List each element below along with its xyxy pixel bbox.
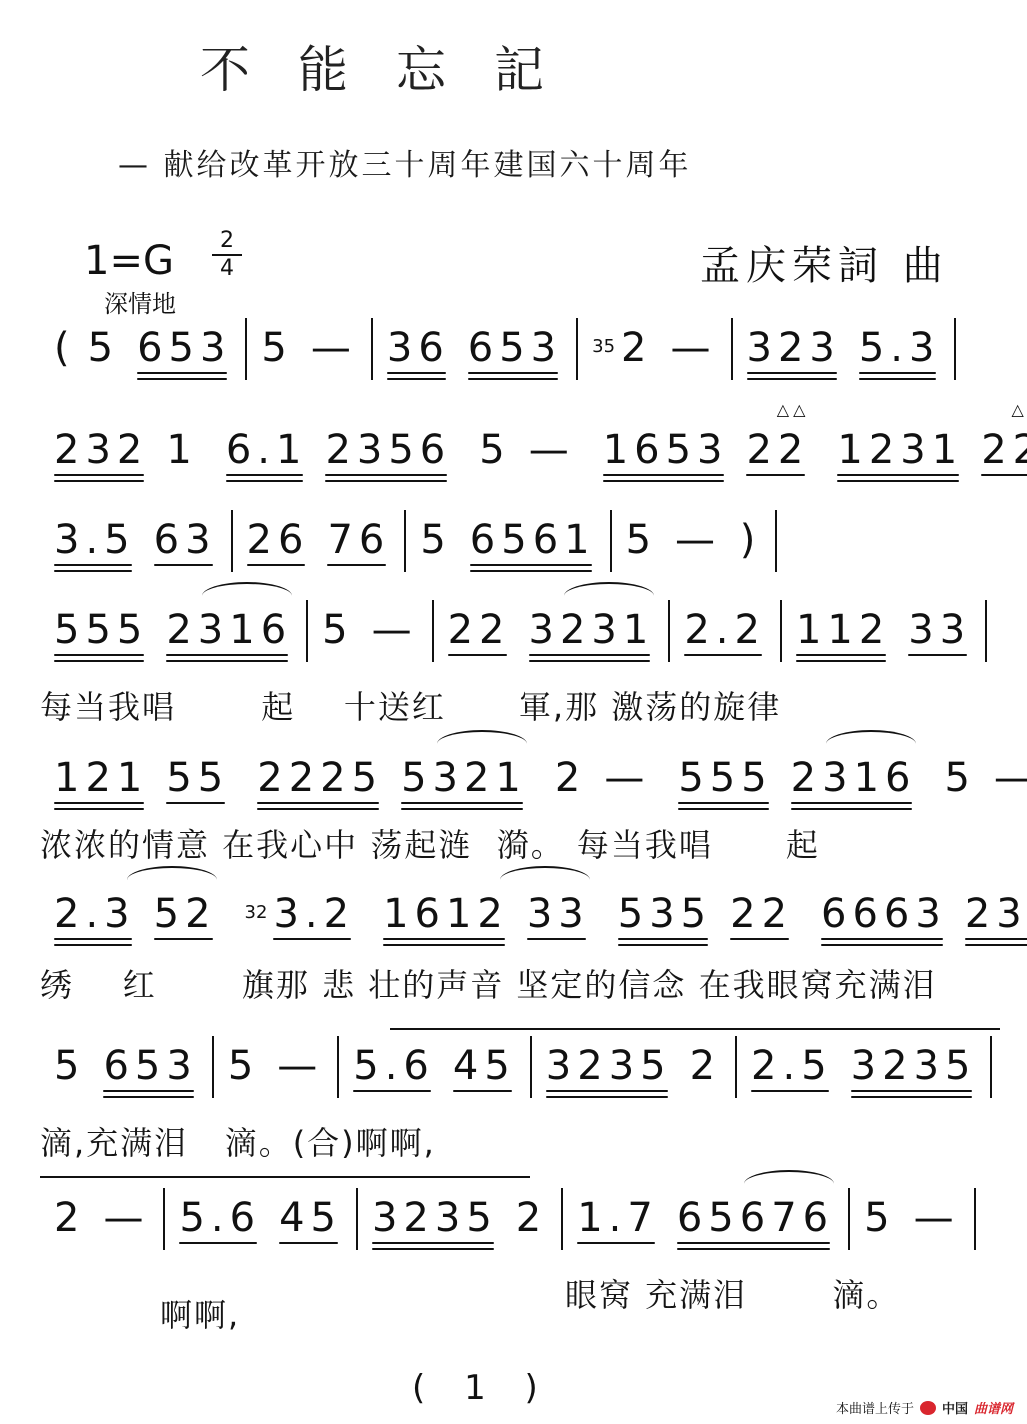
note-group: 6.1	[226, 428, 308, 482]
measure: 11233	[782, 608, 985, 662]
note-group: 5.6	[179, 1196, 261, 1250]
dedication-subtitle: — 献给改革开放三十周年建国六十周年	[118, 140, 692, 184]
lyrics-line: 啊啊,	[160, 1290, 240, 1336]
note-group: 2	[621, 326, 652, 380]
measure: 2.53235	[737, 1044, 990, 1098]
score-line: 12155222553212—55523165—	[40, 748, 1000, 810]
note-group: 2316	[791, 756, 917, 810]
note-group: 1231	[837, 428, 963, 482]
note-group: 63	[154, 518, 217, 572]
note-group: 2	[516, 1196, 547, 1250]
note-group: 5	[54, 1044, 85, 1098]
note-group: —	[103, 1196, 149, 1250]
slur-mark	[744, 1170, 834, 1198]
measure: 5—	[214, 1044, 337, 1098]
measure: 2—	[541, 756, 664, 810]
score-line: 2—5.645323521.7656765—	[40, 1188, 1000, 1250]
note-group: 236	[965, 892, 1027, 946]
measure: 53522	[604, 892, 807, 946]
note-group: 5	[420, 518, 451, 572]
note-group: 5	[626, 518, 657, 572]
song-title: 不能忘記	[200, 30, 592, 102]
lyrics-line: 浓浓的情意 在我心中 荡起涟 漪。 每当我唱 起	[40, 820, 820, 866]
note-group: 653	[468, 326, 562, 380]
note-group: 2.3	[54, 892, 136, 946]
measure: 165322△△	[589, 428, 824, 482]
note-group: 26	[247, 518, 310, 572]
measure: 6663236	[807, 892, 1027, 946]
note-group: 5.6	[353, 1044, 435, 1098]
slur-mark	[202, 582, 292, 610]
note-group: 6561	[470, 518, 596, 572]
note-group: 2356	[325, 428, 451, 482]
slur-mark	[437, 730, 527, 758]
lyrics-line: 每当我唱 起 十送红 軍,那 激荡的旋律	[40, 682, 781, 728]
measure: 3235.3	[733, 326, 955, 380]
note-group: 112	[796, 608, 890, 662]
note-group: 121	[54, 756, 148, 810]
note-group: 55	[166, 756, 229, 810]
note-group: 2316	[166, 608, 292, 662]
barline	[990, 1036, 992, 1098]
measure: 36653	[373, 326, 576, 380]
note-group: 555	[54, 608, 148, 662]
measure: 2676	[233, 518, 405, 572]
slur-mark	[564, 582, 654, 610]
score-line: (56535—36653352—3235.3	[40, 318, 1000, 380]
note-group: 3231	[529, 608, 655, 662]
note-group: 22	[730, 892, 793, 946]
note-group: — )	[675, 518, 761, 572]
note-group: 535	[618, 892, 712, 946]
note-group: 5	[864, 1196, 895, 1250]
note-group: 5321	[401, 756, 527, 810]
note-group: 2	[690, 1044, 721, 1098]
note-group: —	[671, 326, 717, 380]
note-group: 65676	[677, 1196, 834, 1250]
measure: 22255321	[243, 756, 541, 810]
slur-mark	[826, 730, 916, 758]
note-group: 1653	[603, 428, 729, 482]
note-group: 22	[981, 428, 1027, 482]
measure: 5— )	[612, 518, 776, 572]
tempo-marking: 深情地	[104, 284, 176, 319]
measure: 5—	[465, 428, 588, 482]
measure: 352—	[578, 326, 730, 380]
watermark-site: 曲谱网	[974, 1398, 1013, 1417]
note-group: 5	[228, 1044, 259, 1098]
measure: 2—	[40, 1196, 163, 1250]
note-group: 2	[54, 1196, 85, 1250]
note-group: 5	[88, 326, 119, 380]
measure: 323.2	[231, 892, 370, 946]
note-group: —	[604, 756, 650, 810]
measure: 3.563	[40, 518, 231, 572]
note-group: 3235	[372, 1196, 498, 1250]
note-group: 323	[747, 326, 841, 380]
note-group: 2225	[257, 756, 383, 810]
measure: 161233	[369, 892, 604, 946]
measure: 56561	[406, 518, 609, 572]
note-group: —	[311, 326, 357, 380]
page-number: ( 1 )	[412, 1368, 552, 1408]
measure: 223231	[434, 608, 669, 662]
key-signature: 1=G	[84, 238, 174, 284]
measure: 5—	[850, 1196, 973, 1250]
score-line: 3.5632676565615— )	[40, 510, 1000, 572]
measure: 5653	[40, 1044, 212, 1098]
grace-note: 32	[245, 904, 268, 922]
note-group: —	[994, 756, 1027, 810]
note-group: 2.5	[751, 1044, 833, 1098]
measure: 2.352	[40, 892, 231, 946]
measure: 5.645	[339, 1044, 530, 1098]
watermark: 本曲谱上传于 中国 曲谱网	[836, 1398, 1013, 1417]
note-group: 5	[322, 608, 353, 662]
barline	[974, 1188, 976, 1250]
note-group: 3.5	[54, 518, 136, 572]
note-group: 45	[453, 1044, 516, 1098]
note-group: 1.7	[577, 1196, 659, 1250]
note-group: 232	[54, 428, 148, 482]
note-group: 5	[479, 428, 510, 482]
time-signature: 2 4	[212, 230, 242, 280]
grace-note: 35	[592, 338, 615, 356]
note-group: 33	[527, 892, 590, 946]
note-group: 45	[279, 1196, 342, 1250]
watermark-cn: 中国	[942, 1398, 968, 1417]
note-group: 76	[327, 518, 390, 572]
measure: 123122△△	[823, 428, 1027, 482]
note-group: 3.2	[273, 892, 355, 946]
time-sig-numerator: 2	[212, 230, 242, 252]
measure: 5.645	[165, 1196, 356, 1250]
note-group: 6663	[821, 892, 947, 946]
measure: 5552316	[664, 756, 930, 810]
measure: 5—	[247, 326, 370, 380]
barline	[954, 318, 956, 380]
note-group: 653	[103, 1044, 197, 1098]
slur-mark	[500, 866, 590, 894]
score-line: 56535—5.645323522.53235	[40, 1036, 1000, 1098]
note-group: 36	[387, 326, 450, 380]
note-group: —	[914, 1196, 960, 1250]
note-group: 22	[746, 428, 809, 482]
lyrics-line: 眼窝 充满泪 滴。	[565, 1270, 900, 1316]
note-group: —	[372, 608, 418, 662]
note-group: 33	[908, 608, 971, 662]
note-group: 3235	[851, 1044, 977, 1098]
note-group: 3235	[546, 1044, 672, 1098]
lyrics-line: 绣 红 旗那 悲 壮的声音 坚定的信念 在我眼窝充满泪	[40, 960, 937, 1006]
note-group: 1	[166, 428, 197, 482]
measure: 5—	[308, 608, 431, 662]
note-group: 2.2	[684, 608, 766, 662]
measure: 5—	[930, 756, 1027, 810]
measure: 6.12356	[212, 428, 465, 482]
score-line: 2.352323.2161233535226663236	[40, 884, 1000, 946]
note-group: 555	[678, 756, 772, 810]
measure: (5653	[40, 326, 245, 380]
note-group: 52	[154, 892, 217, 946]
note-group: 5.3	[859, 326, 941, 380]
barline	[775, 510, 777, 572]
measure: 1.765676	[563, 1196, 848, 1250]
note-group: 2	[555, 756, 586, 810]
composer-credit: 孟庆荣詞 曲	[700, 234, 949, 291]
score-line: 55523165—2232312.211233	[40, 600, 1000, 662]
measure: 2321	[40, 428, 212, 482]
note-group: 653	[137, 326, 231, 380]
intro-paren: (	[54, 326, 70, 380]
measure: 2.2	[670, 608, 780, 662]
barline	[985, 600, 987, 662]
time-sig-denominator: 4	[212, 258, 242, 280]
note-group: —	[277, 1044, 323, 1098]
note-group: 1612	[383, 892, 509, 946]
watermark-prefix: 本曲谱上传于	[836, 1398, 914, 1417]
measure: 32352	[532, 1044, 735, 1098]
measure: 5552316	[40, 608, 306, 662]
measure: 12155	[40, 756, 243, 810]
slur-mark	[127, 866, 217, 894]
phrase-slur	[40, 1176, 530, 1178]
note-group: 22	[448, 608, 511, 662]
accent-mark-icon: △△	[777, 400, 810, 419]
phrase-slur	[390, 1028, 1000, 1030]
lyrics-line: 滴,充满泪 滴。(合)啊啊,	[40, 1118, 436, 1164]
site-logo-icon	[920, 1401, 936, 1415]
score-line: 23216.123565—165322△△123122△△	[40, 420, 1000, 482]
note-group: 5	[944, 756, 975, 810]
note-group: —	[529, 428, 575, 482]
note-group: 5	[261, 326, 292, 380]
accent-mark-icon: △△	[1011, 400, 1027, 419]
measure: 32352	[358, 1196, 561, 1250]
